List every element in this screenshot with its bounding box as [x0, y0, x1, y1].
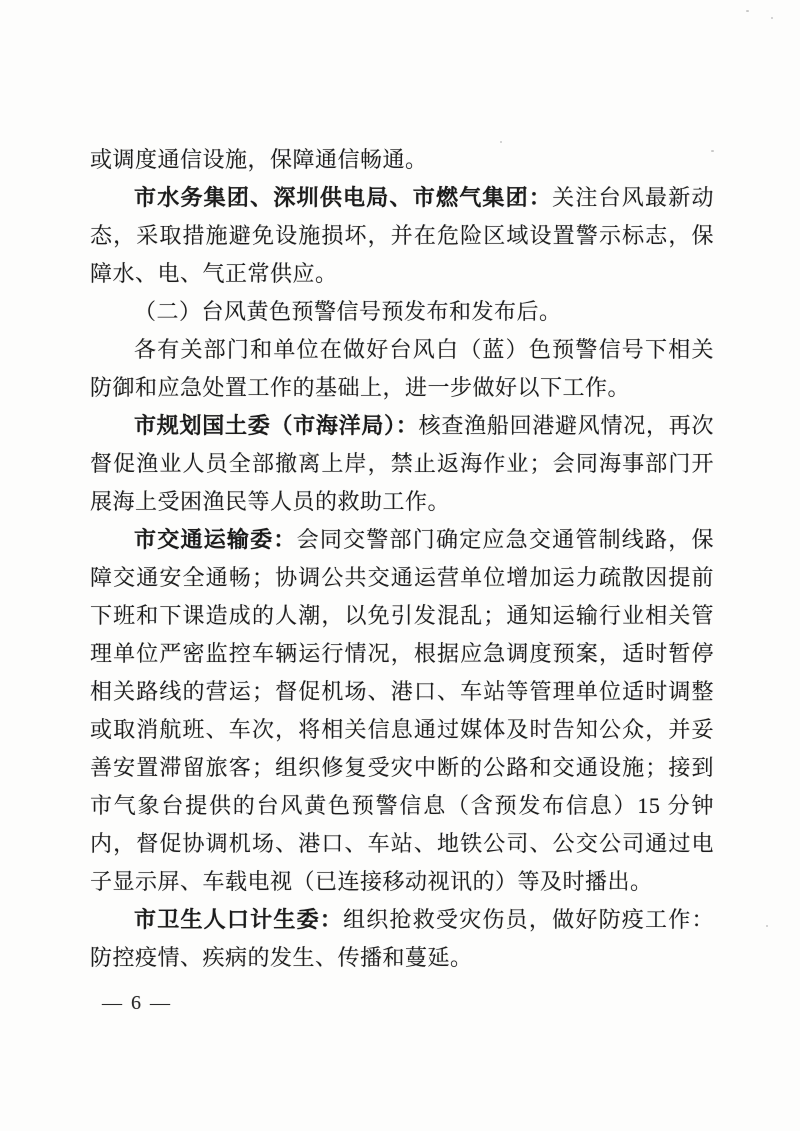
- department-lead: 市卫生人口计生委：: [134, 907, 343, 932]
- scan-speck: [766, 925, 768, 927]
- department-lead: 市规划国土委（市海洋局）：: [134, 413, 419, 438]
- scan-speck: [746, 10, 749, 12]
- section-heading-text: （二）台风黄色预警信号预发布和发布后。: [134, 299, 562, 324]
- scan-speck: [771, 17, 773, 19]
- department-lead: 市交通运输委：: [134, 527, 297, 552]
- paragraph-text: 各有关部门和单位在做好台风白（蓝）色预警信号下相关防御和应急处置工作的基础上，进…: [90, 337, 714, 400]
- scan-speck: [711, 150, 714, 152]
- paragraph-text: 或调度通信设施，保障通信畅通。: [90, 147, 428, 172]
- scan-speck: [500, 141, 502, 143]
- paragraph-planning-land-committee: 市规划国土委（市海洋局）：核查渔船回港避风情况，再次督促渔业人员全部撤离上岸，禁…: [90, 407, 714, 521]
- paragraph-health-committee: 市卫生人口计生委：组织抢救受灾伤员，做好防疫工作：防控疫情、疾病的发生、传播和蔓…: [90, 901, 714, 977]
- scanned-document-page: 或调度通信设施，保障通信畅通。 市水务集团、深圳供电局、市燃气集团：关注台风最新…: [0, 0, 800, 1131]
- paragraph-text: 会同交警部门确定应急交通管制线路，保障交通安全通畅；协调公共交通运营单位增加运力…: [90, 527, 714, 894]
- paragraph-transport-committee: 市交通运输委：会同交警部门确定应急交通管制线路，保障交通安全通畅；协调公共交通运…: [90, 521, 714, 901]
- section-heading: （二）台风黄色预警信号预发布和发布后。: [90, 293, 714, 331]
- paragraph-continuation: 或调度通信设施，保障通信畅通。: [90, 141, 714, 179]
- department-lead: 市水务集团、深圳供电局、市燃气集团：: [134, 185, 552, 210]
- paragraph-general-requirement: 各有关部门和单位在做好台风白（蓝）色预警信号下相关防御和应急处置工作的基础上，进…: [90, 331, 714, 407]
- document-body: 或调度通信设施，保障通信畅通。 市水务集团、深圳供电局、市燃气集团：关注台风最新…: [90, 141, 714, 977]
- paragraph-utilities: 市水务集团、深圳供电局、市燃气集团：关注台风最新动态，采取措施避免设施损坏，并在…: [90, 179, 714, 293]
- page-number: — 6 —: [102, 992, 172, 1015]
